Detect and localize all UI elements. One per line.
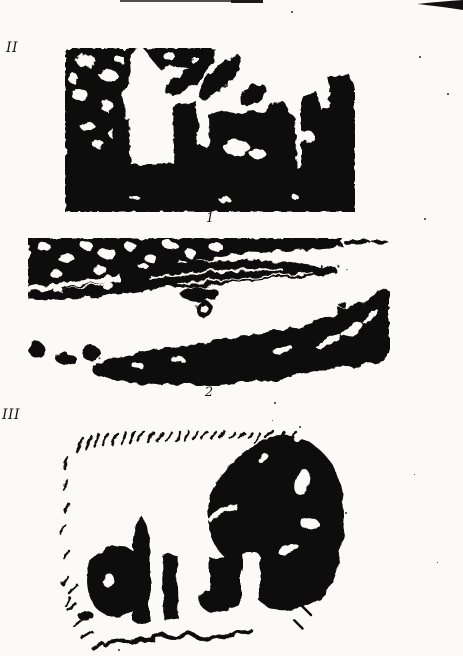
page-corner-mark bbox=[417, 0, 463, 12]
scan-speck bbox=[291, 11, 293, 13]
scan-speck bbox=[274, 402, 276, 404]
figure-2-caption: 2 bbox=[28, 386, 390, 400]
scan-speck bbox=[447, 93, 449, 95]
scan-speck bbox=[345, 512, 347, 514]
figure-3 bbox=[58, 428, 346, 656]
figure-1: 1 bbox=[65, 48, 355, 212]
scan-speck bbox=[437, 562, 438, 563]
scan-speck bbox=[424, 218, 426, 220]
scan-speck bbox=[272, 420, 273, 421]
scan-speck bbox=[118, 649, 120, 651]
figure-2-image bbox=[28, 238, 390, 386]
figure-1-caption: 1 bbox=[65, 212, 355, 226]
plate-label-ii: II bbox=[6, 41, 18, 55]
scanned-page: II bbox=[0, 0, 463, 656]
figure-1-image bbox=[65, 48, 355, 212]
plate-label-iii: III bbox=[2, 408, 20, 422]
scan-speck bbox=[299, 426, 301, 428]
scan-edge-rule-dark bbox=[231, 0, 263, 3]
scan-speck bbox=[419, 56, 421, 58]
scan-speck bbox=[414, 474, 415, 475]
figure-2: 2 bbox=[28, 238, 390, 386]
figure-3-image bbox=[58, 428, 346, 656]
